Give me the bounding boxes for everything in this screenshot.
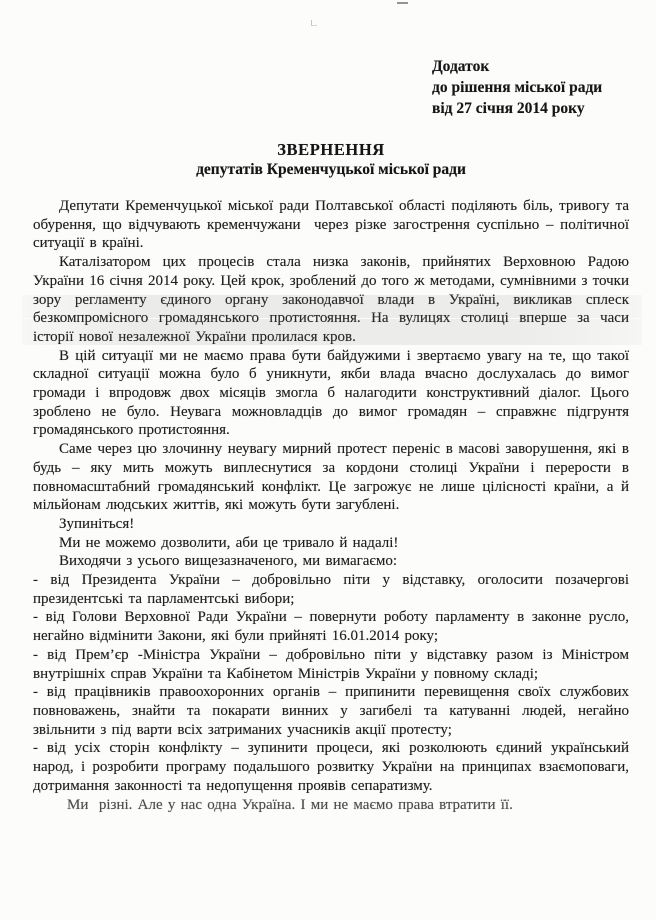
paragraph: Ми не можемо дозволити, аби це тривало й… xyxy=(33,534,629,553)
paragraph: Виходячи з усього вищезазначеного, ми ви… xyxy=(33,552,629,571)
paragraph: В цій ситуації ми не маємо права бути ба… xyxy=(33,347,629,441)
scan-speck xyxy=(311,20,317,26)
header-decision-line: до рішення міської ради xyxy=(432,77,629,98)
paragraph: Каталізатором цих процесів стала низка з… xyxy=(33,253,629,347)
header-date-line: від 27 січня 2014 року xyxy=(432,98,629,119)
paragraph: Депутати Кременчуцької міської ради Полт… xyxy=(33,197,629,253)
paragraph: Саме через цю злочинну неувагу мирний пр… xyxy=(33,440,629,515)
title-block: ЗВЕРНЕННЯ депутатів Кременчуцької місько… xyxy=(33,140,629,180)
paragraph: - від усіх сторін конфлікту – зупинити п… xyxy=(33,739,629,795)
paragraph: Зупиніться! xyxy=(33,515,629,534)
paragraph: - від Прем’єр -Міністра України – добров… xyxy=(33,646,629,683)
paragraph: - від Президента України – добровільно п… xyxy=(33,571,629,608)
document-body: Депутати Кременчуцької міської ради Полт… xyxy=(33,197,629,814)
document-subtitle: депутатів Кременчуцької міської ради xyxy=(33,160,629,180)
document-title: ЗВЕРНЕННЯ xyxy=(33,140,629,160)
paragraph: - від працівників правоохоронних органів… xyxy=(33,683,629,739)
document-page: Додаток до рішення міської ради від 27 с… xyxy=(0,0,656,920)
scan-speck xyxy=(397,2,408,4)
header-annex-label: Додаток xyxy=(432,56,629,77)
paragraph: - від Голови Верховної Ради України – по… xyxy=(33,608,629,645)
document-header: Додаток до рішення міської ради від 27 с… xyxy=(432,56,629,119)
paragraph: Ми різні. Але у нас одна Україна. І ми н… xyxy=(33,796,629,815)
